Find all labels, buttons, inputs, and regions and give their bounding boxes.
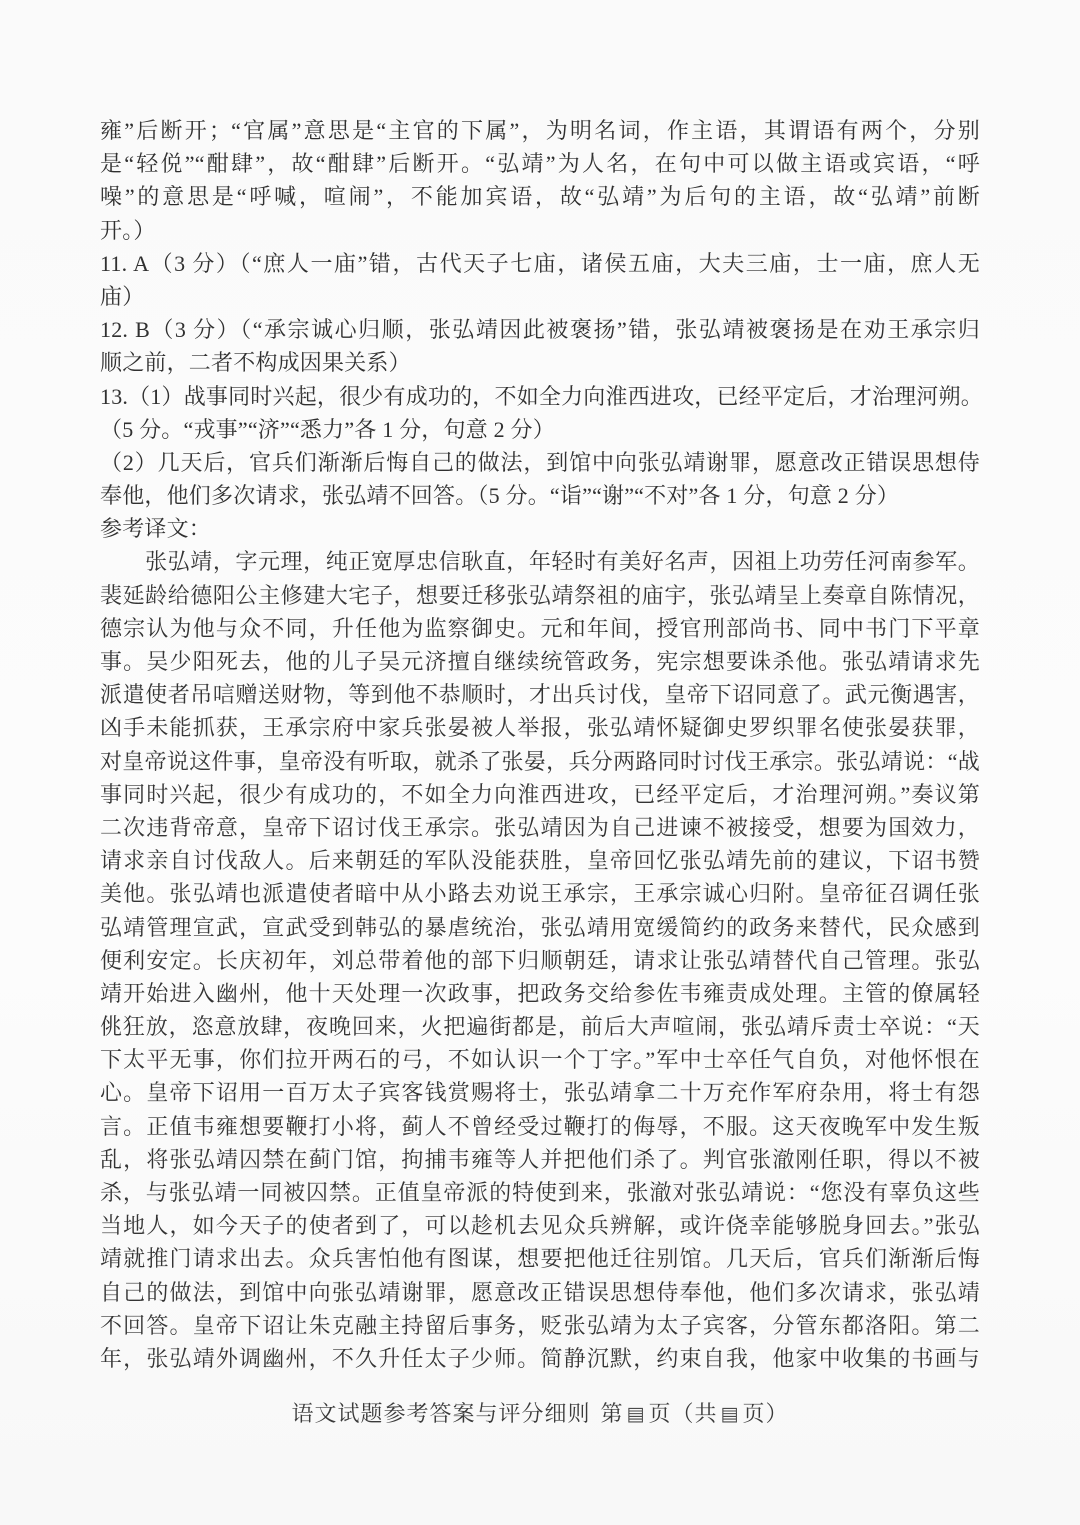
text-line: 13.（1）战事同时兴起，很少有成功的，不如全力向淮西进攻，已经平定后，才治理河… — [100, 380, 980, 413]
text-line: 言。正值韦雍想要鞭打小将，蓟人不曾经受过鞭打的侮辱，不服。这天夜晚军中发生叛 — [100, 1110, 980, 1143]
text-line: 二次违背帝意，皇帝下诏讨伐王承宗。张弘靖因为自己进谏不被接受，想要为国效力， — [100, 811, 980, 844]
page-number-glyph: ▤ — [624, 1403, 649, 1426]
text-line: 便利安定。长庆初年，刘总带着他的部下归顺朝廷，请求让张弘靖替代自己管理。张弘 — [100, 944, 980, 977]
text-line: 佻狂放，恣意放肆，夜晚回来，火把遍街都是，前后大声喧闹，张弘靖斥责士卒说：“天 — [100, 1010, 980, 1043]
text-line: 裴延龄给德阳公主修建大宅子，想要迁移张弘靖祭祖的庙宇，张弘靖呈上奏章自陈情况， — [100, 579, 980, 612]
text-line: 请求亲自讨伐敌人。后来朝廷的军队没能获胜，皇帝回忆张弘靖先前的建议，下诏书赞 — [100, 844, 980, 877]
footer-title: 语文试题参考答案与评分细则 — [292, 1401, 591, 1426]
total-pages-glyph: ▤ — [718, 1403, 743, 1426]
text-line: 12. B（3 分）（“承宗诚心归顺，张弘靖因此被褒扬”错，张弘靖被褒扬是在劝王… — [100, 313, 980, 346]
footer-page-suffix: 页 — [648, 1401, 671, 1426]
text-line: 靖开始进入幽州，他十天处理一次政事，把政务交给参佐韦雍责成处理。主管的僚属轻 — [100, 977, 980, 1010]
text-line: 当地人，如今天子的使者到了，可以趁机去见众兵辨解，或许侥幸能够脱身回去。”张弘 — [100, 1209, 980, 1242]
text-line: 不回答。皇帝下诏让朱克融主持留后事务，贬张弘靖为太子宾客，分管东都洛阳。第二 — [100, 1309, 980, 1342]
text-line: 雍”后断开；“官属”意思是“主官的下属”，为明名词，作主语，其谓语有两个，分别 — [100, 114, 980, 147]
text-line: 11. A（3 分）（“庶人一庙”错，古代天子七庙，诸侯五庙，大夫三庙，士一庙，… — [100, 247, 980, 280]
text-line: 美他。张弘靖也派遣使者暗中从小路去劝说王承宗，王承宗诚心归附。皇帝征召调任张 — [100, 877, 980, 910]
text-line: 心。皇帝下诏用一百万太子宾客钱赏赐将士，张弘靖拿二十万充作军府杂用，将士有怨 — [100, 1076, 980, 1109]
text-line: 自己的做法，到馆中向张弘靖谢罪，愿意改正错误思想侍奉他，他们多次请求，张弘靖 — [100, 1276, 980, 1309]
answers-text-body: 雍”后断开；“官属”意思是“主官的下属”，为明名词，作主语，其谓语有两个，分别是… — [100, 114, 980, 1375]
text-line: 参考译文： — [100, 512, 980, 545]
page-footer: 语文试题参考答案与评分细则第▤页（共▤页） — [100, 1397, 980, 1428]
text-line: 开。） — [100, 214, 980, 247]
text-line: 对皇帝说这件事，皇帝没有听取，就杀了张晏，兵分两路同时讨伐王承宗。张弘靖说：“战 — [100, 745, 980, 778]
text-line: 噪”的意思是“呼喊，喧闹”，不能加宾语，故“弘靖”为后句的主语，故“弘靖”前断 — [100, 180, 980, 213]
text-line: 德宗认为他与众不同，升任他为监察御史。元和年间，授官刑部尚书、同中书门下平章 — [100, 612, 980, 645]
text-line: 派遣使者吊唁赠送财物，等到他不恭顺时，才出兵讨伐，皇帝下诏同意了。武元衡遇害， — [100, 678, 980, 711]
text-line: 张弘靖，字元理，纯正宽厚忠信耿直，年轻时有美好名声，因祖上功劳任河南参军。 — [100, 545, 980, 578]
text-line: 事同时兴起，很少有成功的，不如全力向淮西进攻，已经平定后，才治理河朔。”奏议第 — [100, 778, 980, 811]
text-line: 庙） — [100, 280, 980, 313]
text-line: 乱，将张弘靖囚禁在蓟门馆，拘捕韦雍等人并把他们杀了。判官张澈刚任职，得以不被 — [100, 1143, 980, 1176]
text-line: 凶手未能抓获，王承宗府中家兵张晏被人举报，张弘靖怀疑御史罗织罪名使张晏获罪， — [100, 711, 980, 744]
text-line: 杀，与张弘靖一同被囚禁。正值皇帝派的特使到来，张澈对张弘靖说：“您没有辜负这些 — [100, 1176, 980, 1209]
text-line: 下太平无事，你们拉开两石的弓，不如认识一个丁字。”军中士卒任气自负，对他怀恨在 — [100, 1043, 980, 1076]
text-line: （2）几天后，官兵们渐渐后悔自己的做法，到馆中向张弘靖谢罪，愿意改正错误思想侍 — [100, 446, 980, 479]
text-line: （5 分。“戎事”“济”“悉力”各 1 分，句意 2 分） — [100, 413, 980, 446]
text-line: 靖就推门请求出去。众兵害怕他有图谋，想要把他迁往别馆。几天后，官兵们渐渐后悔 — [100, 1242, 980, 1275]
footer-total-suffix: 页） — [742, 1401, 788, 1426]
footer-page-prefix: 第 — [601, 1401, 624, 1426]
text-line: 奉他，他们多次请求，张弘靖不回答。（5 分。“诣”“谢”“不对”各 1 分，句意… — [100, 479, 980, 512]
text-line: 事。吴少阳死去，他的儿子吴元济擅自继续统管政务，宪宗想要诛杀他。张弘靖请求先 — [100, 645, 980, 678]
footer-total-prefix: （共 — [672, 1401, 718, 1426]
text-line: 弘靖管理宣武，宣武受到韩弘的暴虐统治，张弘靖用宽缓简约的政务来替代，民众感到 — [100, 911, 980, 944]
scanned-exam-answer-page: 雍”后断开；“官属”意思是“主官的下属”，为明名词，作主语，其谓语有两个，分别是… — [0, 0, 1080, 1525]
text-line: 是“轻侻”“酣肆”，故“酣肆”后断开。“弘靖”为人名，在句中可以做主语或宾语，“… — [100, 147, 980, 180]
text-line: 年，张弘靖外调幽州，不久升任太子少师。简静沉默，约束自我，他家中收集的书画与 — [100, 1342, 980, 1375]
text-line: 顺之前，二者不构成因果关系） — [100, 346, 980, 379]
